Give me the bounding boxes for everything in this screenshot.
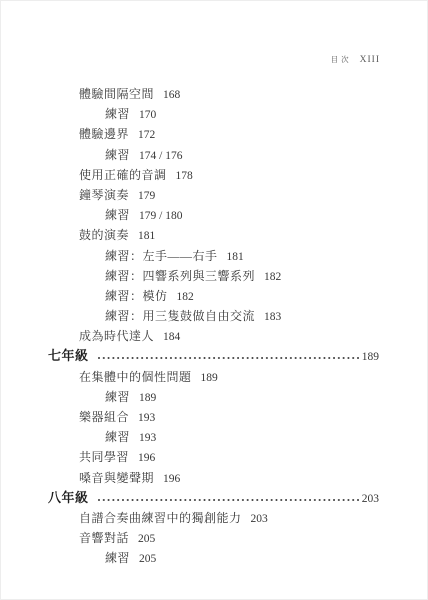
toc-entry: 樂器組合 193: [1, 407, 427, 427]
toc-entry-title: 練習: [105, 145, 130, 165]
toc-entry-title: 使用正確的音調: [79, 165, 167, 185]
toc-entry-page-number: 189: [139, 388, 156, 408]
toc-entry-title: 自譜合奏曲練習中的獨創能力: [79, 508, 242, 528]
toc-entry-page-number: 170: [139, 105, 156, 125]
toc-entry: 使用正確的音調 178: [1, 165, 427, 185]
toc-entry: 成為時代達人 184: [1, 326, 427, 346]
toc-entry: 練習 189: [1, 387, 427, 407]
dot-leader: [98, 356, 360, 360]
toc-entry-page-number: 205: [138, 529, 155, 549]
toc-entry: 練習 170: [1, 104, 427, 124]
toc-entry: 體驗間隔空間 168: [1, 84, 427, 104]
toc-entry-title: 練習: [105, 548, 130, 568]
toc-page: 目次 XIII 體驗間隔空間 168 練習 170 體驗邊界 172 練習 17…: [0, 0, 428, 600]
running-head-section-label: 目次: [331, 54, 352, 65]
toc-entry-title: 練習：用三隻鼓做自由交流: [105, 306, 255, 326]
toc-entry: 共同學習 196: [1, 447, 427, 467]
toc-entry-page-number: 183: [264, 307, 281, 327]
toc-entry-title: 練習: [105, 387, 130, 407]
toc-entry-title: 練習: [105, 104, 130, 124]
toc-entry-title: 體驗邊界: [79, 124, 129, 144]
toc-entry: 練習 174 / 176: [1, 145, 427, 165]
toc-entry-title: 七年級: [48, 346, 89, 366]
toc-entry-page-number: 181: [227, 247, 244, 267]
toc-entry: 嗓音與變聲期 196: [1, 468, 427, 488]
toc-entry-title: 鼓的演奏: [79, 225, 129, 245]
toc-entry-page-number: 179: [138, 186, 155, 206]
toc-entry-page-number: 174 / 176: [139, 146, 182, 166]
toc-entry-title: 八年級: [48, 488, 89, 508]
toc-entry: 練習 205: [1, 548, 427, 568]
toc-entry: 自譜合奏曲練習中的獨創能力 203: [1, 508, 427, 528]
toc-entry: 練習：模仿 182: [1, 286, 427, 306]
toc-entry-page-number: 189: [362, 347, 379, 367]
toc-entry-title: 樂器組合: [79, 407, 129, 427]
running-head-page-number: XIII: [360, 55, 380, 65]
toc-entry-title: 練習: [105, 427, 130, 447]
toc-entry-page-number: 205: [139, 549, 156, 569]
toc-entry: 七年級 189: [1, 346, 427, 366]
toc-entry-title: 在集體中的個性問題: [79, 367, 192, 387]
toc-entry-title: 練習：模仿: [105, 286, 168, 306]
toc-entry-page-number: 184: [163, 327, 180, 347]
dot-leader: [98, 498, 360, 502]
toc-entry: 在集體中的個性問題 189: [1, 367, 427, 387]
toc-entry-title: 共同學習: [79, 447, 129, 467]
toc-entry-page-number: 189: [201, 368, 218, 388]
toc-entry: 練習：左手——右手 181: [1, 246, 427, 266]
toc-entry-title: 練習：四響系列與三響系列: [105, 266, 255, 286]
toc-entry-page-number: 203: [362, 489, 379, 509]
toc-entry-title: 成為時代達人: [79, 326, 154, 346]
toc-entry: 鼓的演奏 181: [1, 225, 427, 245]
toc-list: 體驗間隔空間 168 練習 170 體驗邊界 172 練習 174 / 176 …: [1, 84, 427, 569]
toc-entry-page-number: 181: [138, 226, 155, 246]
toc-entry-page-number: 172: [138, 125, 155, 145]
toc-entry: 練習：用三隻鼓做自由交流 183: [1, 306, 427, 326]
toc-entry: 練習 179 / 180: [1, 205, 427, 225]
toc-entry: 練習：四響系列與三響系列 182: [1, 266, 427, 286]
toc-entry-title: 練習：左手——右手: [105, 246, 218, 266]
toc-entry-page-number: 178: [176, 166, 193, 186]
toc-entry-page-number: 182: [177, 287, 194, 307]
toc-entry-page-number: 193: [139, 428, 156, 448]
toc-entry-title: 音響對話: [79, 528, 129, 548]
toc-entry: 音響對話 205: [1, 528, 427, 548]
toc-entry-page-number: 203: [251, 509, 268, 529]
toc-entry-title: 練習: [105, 205, 130, 225]
toc-entry-page-number: 193: [138, 408, 155, 428]
toc-entry-page-number: 196: [138, 448, 155, 468]
toc-entry-page-number: 179 / 180: [139, 206, 182, 226]
toc-entry-page-number: 196: [163, 469, 180, 489]
toc-entry: 體驗邊界 172: [1, 124, 427, 144]
toc-entry: 八年級 203: [1, 488, 427, 508]
toc-entry-page-number: 182: [264, 267, 281, 287]
toc-entry-page-number: 168: [163, 85, 180, 105]
toc-entry-title: 體驗間隔空間: [79, 84, 154, 104]
toc-entry: 鐘琴演奏 179: [1, 185, 427, 205]
toc-entry-title: 鐘琴演奏: [79, 185, 129, 205]
toc-entry: 練習 193: [1, 427, 427, 447]
running-head: 目次 XIII: [331, 54, 380, 65]
toc-entry-title: 嗓音與變聲期: [79, 468, 154, 488]
